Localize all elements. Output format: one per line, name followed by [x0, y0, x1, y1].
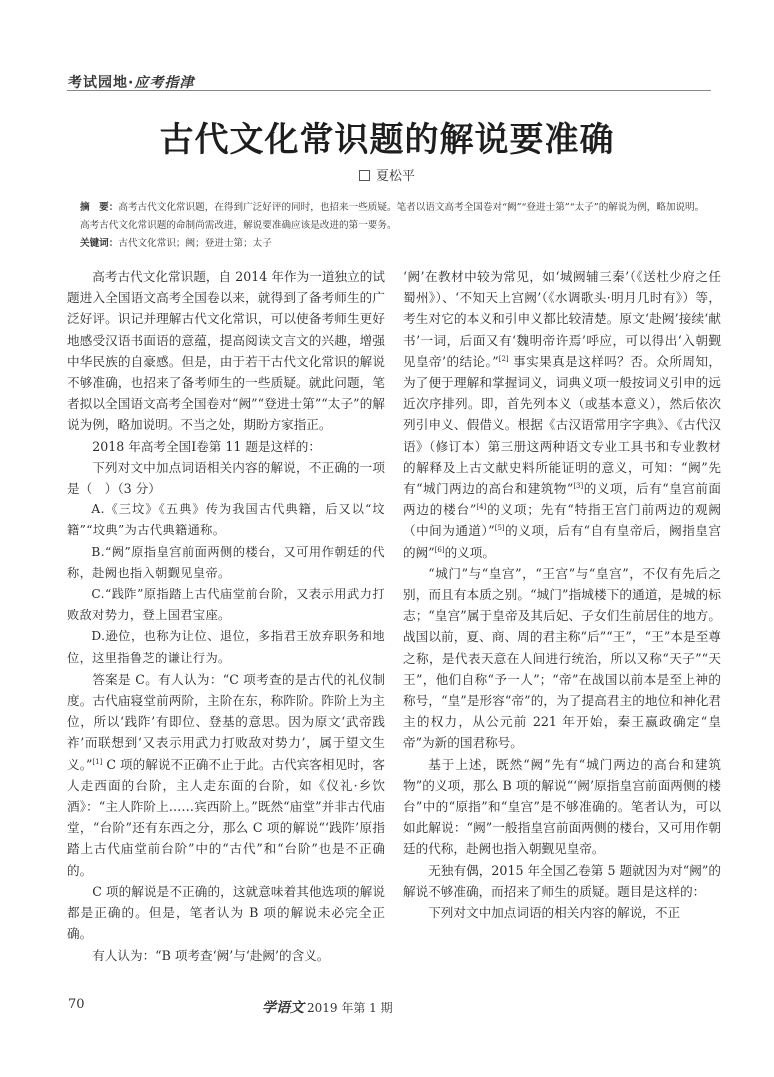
- text-span: 的义项。: [445, 545, 495, 560]
- abstract-label: 摘 要：: [80, 202, 118, 213]
- paragraph: C 项的解说是不正确的，这就意味着其他选项的解说都是正确的。但是，笔者认为 B …: [67, 881, 385, 945]
- citation: [1]: [92, 758, 102, 766]
- paragraph: “城门”与“皇宫”，“王宫”与“皇宫”，不仅有先后之别，而且有本质之别。“城门”…: [403, 563, 721, 754]
- citation: [4]: [476, 503, 486, 511]
- paragraph: 有人认为：“B 项考查‘阙’与‘赴阙’的含义。: [67, 945, 385, 966]
- journal-name: 学语文: [262, 1000, 304, 1016]
- keywords-text: 古代文化常识；阙；登进士第；太子: [118, 238, 272, 249]
- keywords: 关键词：古代文化常识；阙；登进士第；太子: [80, 235, 710, 253]
- paragraph: ‘阙’在教材中较为常见，如‘城阙辅三秦’（《送杜少府之任蜀州》）、‘不知天上宫阙…: [403, 266, 721, 563]
- option-b: B.“阙”原指皇宫前面两侧的楼台，又可用作朝廷的代称，赴阙也指入朝觐见皇帝。: [67, 542, 385, 584]
- text-span: 事实果真是这样吗？否。众所周知，为了便于理解和掌握词义，词典义项一般按词义引申的…: [403, 354, 721, 496]
- subsection-name: 应考指津: [134, 75, 194, 91]
- left-column: 高考古代文化常识题，自 2014 年作为一道独立的试题进入全国语文高考全国卷以来…: [67, 266, 385, 966]
- option-c: C.“践阼”原指踏上古代庙堂前台阶，又表示用武力打败敌对势力，登上国君宝座。: [67, 584, 385, 626]
- question-stem: 下列对文中加点词语相关内容的解说，不正确的一项是（ ）（3 分）: [67, 457, 385, 499]
- right-column: ‘阙’在教材中较为常见，如‘城阙辅三秦’（《送杜少府之任蜀州》）、‘不知天上宫阙…: [403, 266, 721, 923]
- abstract: 摘 要：高考古代文化常识题，在得到广泛好评的同时，也招来一些质疑。笔者以语文高考…: [80, 199, 710, 235]
- abstract-block: 摘 要：高考古代文化常识题，在得到广泛好评的同时，也招来一些质疑。笔者以语文高考…: [80, 199, 710, 253]
- citation: [2]: [499, 355, 509, 363]
- author-box-icon: [359, 170, 370, 181]
- paragraph: 高考古代文化常识题，自 2014 年作为一道独立的试题进入全国语文高考全国卷以来…: [67, 266, 385, 436]
- citation: [3]: [573, 482, 583, 490]
- author-line: 夏松平: [0, 165, 774, 184]
- header-divider: [67, 90, 711, 91]
- citation: [6]: [435, 546, 445, 554]
- journal-footer: 学语文2019 年第 1 期: [262, 997, 393, 1017]
- article-title: 古代文化常识题的解说要准确: [0, 112, 774, 161]
- text-span: C 项的解说不正确不止于此。古代宾客相见时，客人走西面的台阶，主人走东面的台阶，…: [67, 757, 385, 878]
- section-header: 考试园地·应考指津: [68, 72, 194, 92]
- paragraph: 基于上述，既然“阙”先有“城门两边的高台和建筑物”的义项，那么 B 项的解说“‘…: [403, 754, 721, 860]
- author-name: 夏松平: [376, 169, 415, 184]
- page-number: 70: [68, 997, 85, 1012]
- section-name: 考试园地·: [68, 75, 134, 91]
- paragraph: 2018 年高考全国Ⅰ卷第 11 题是这样的：: [67, 436, 385, 457]
- paragraph: 无独有偶，2015 年全国乙卷第 5 题就因为对“阙”的解说不够准确，而招来了师…: [403, 860, 721, 902]
- abstract-text: 高考古代文化常识题，在得到广泛好评的同时，也招来一些质疑。笔者以语文高考全国卷对…: [80, 202, 704, 231]
- citation: [5]: [495, 524, 505, 532]
- option-d: D.逊位，也称为让位、退位，多指君王放弃职务和地位，这里指鲁芝的谦让行为。: [67, 626, 385, 668]
- paragraph: 下列对文中加点词语的相关内容的解说，不正: [403, 902, 721, 923]
- paragraph: 答案是 C。有人认为：“C 项考查的是古代的礼仪制度。古代庙寝堂前两阶，主阶在东…: [67, 669, 385, 881]
- keywords-label: 关键词：: [80, 238, 118, 249]
- issue-info: 2019 年第 1 期: [307, 1001, 393, 1015]
- option-a: A.《三坟》《五典》传为我国古代典籍，后又以“坟籍”“坟典”为古代典籍通称。: [67, 499, 385, 541]
